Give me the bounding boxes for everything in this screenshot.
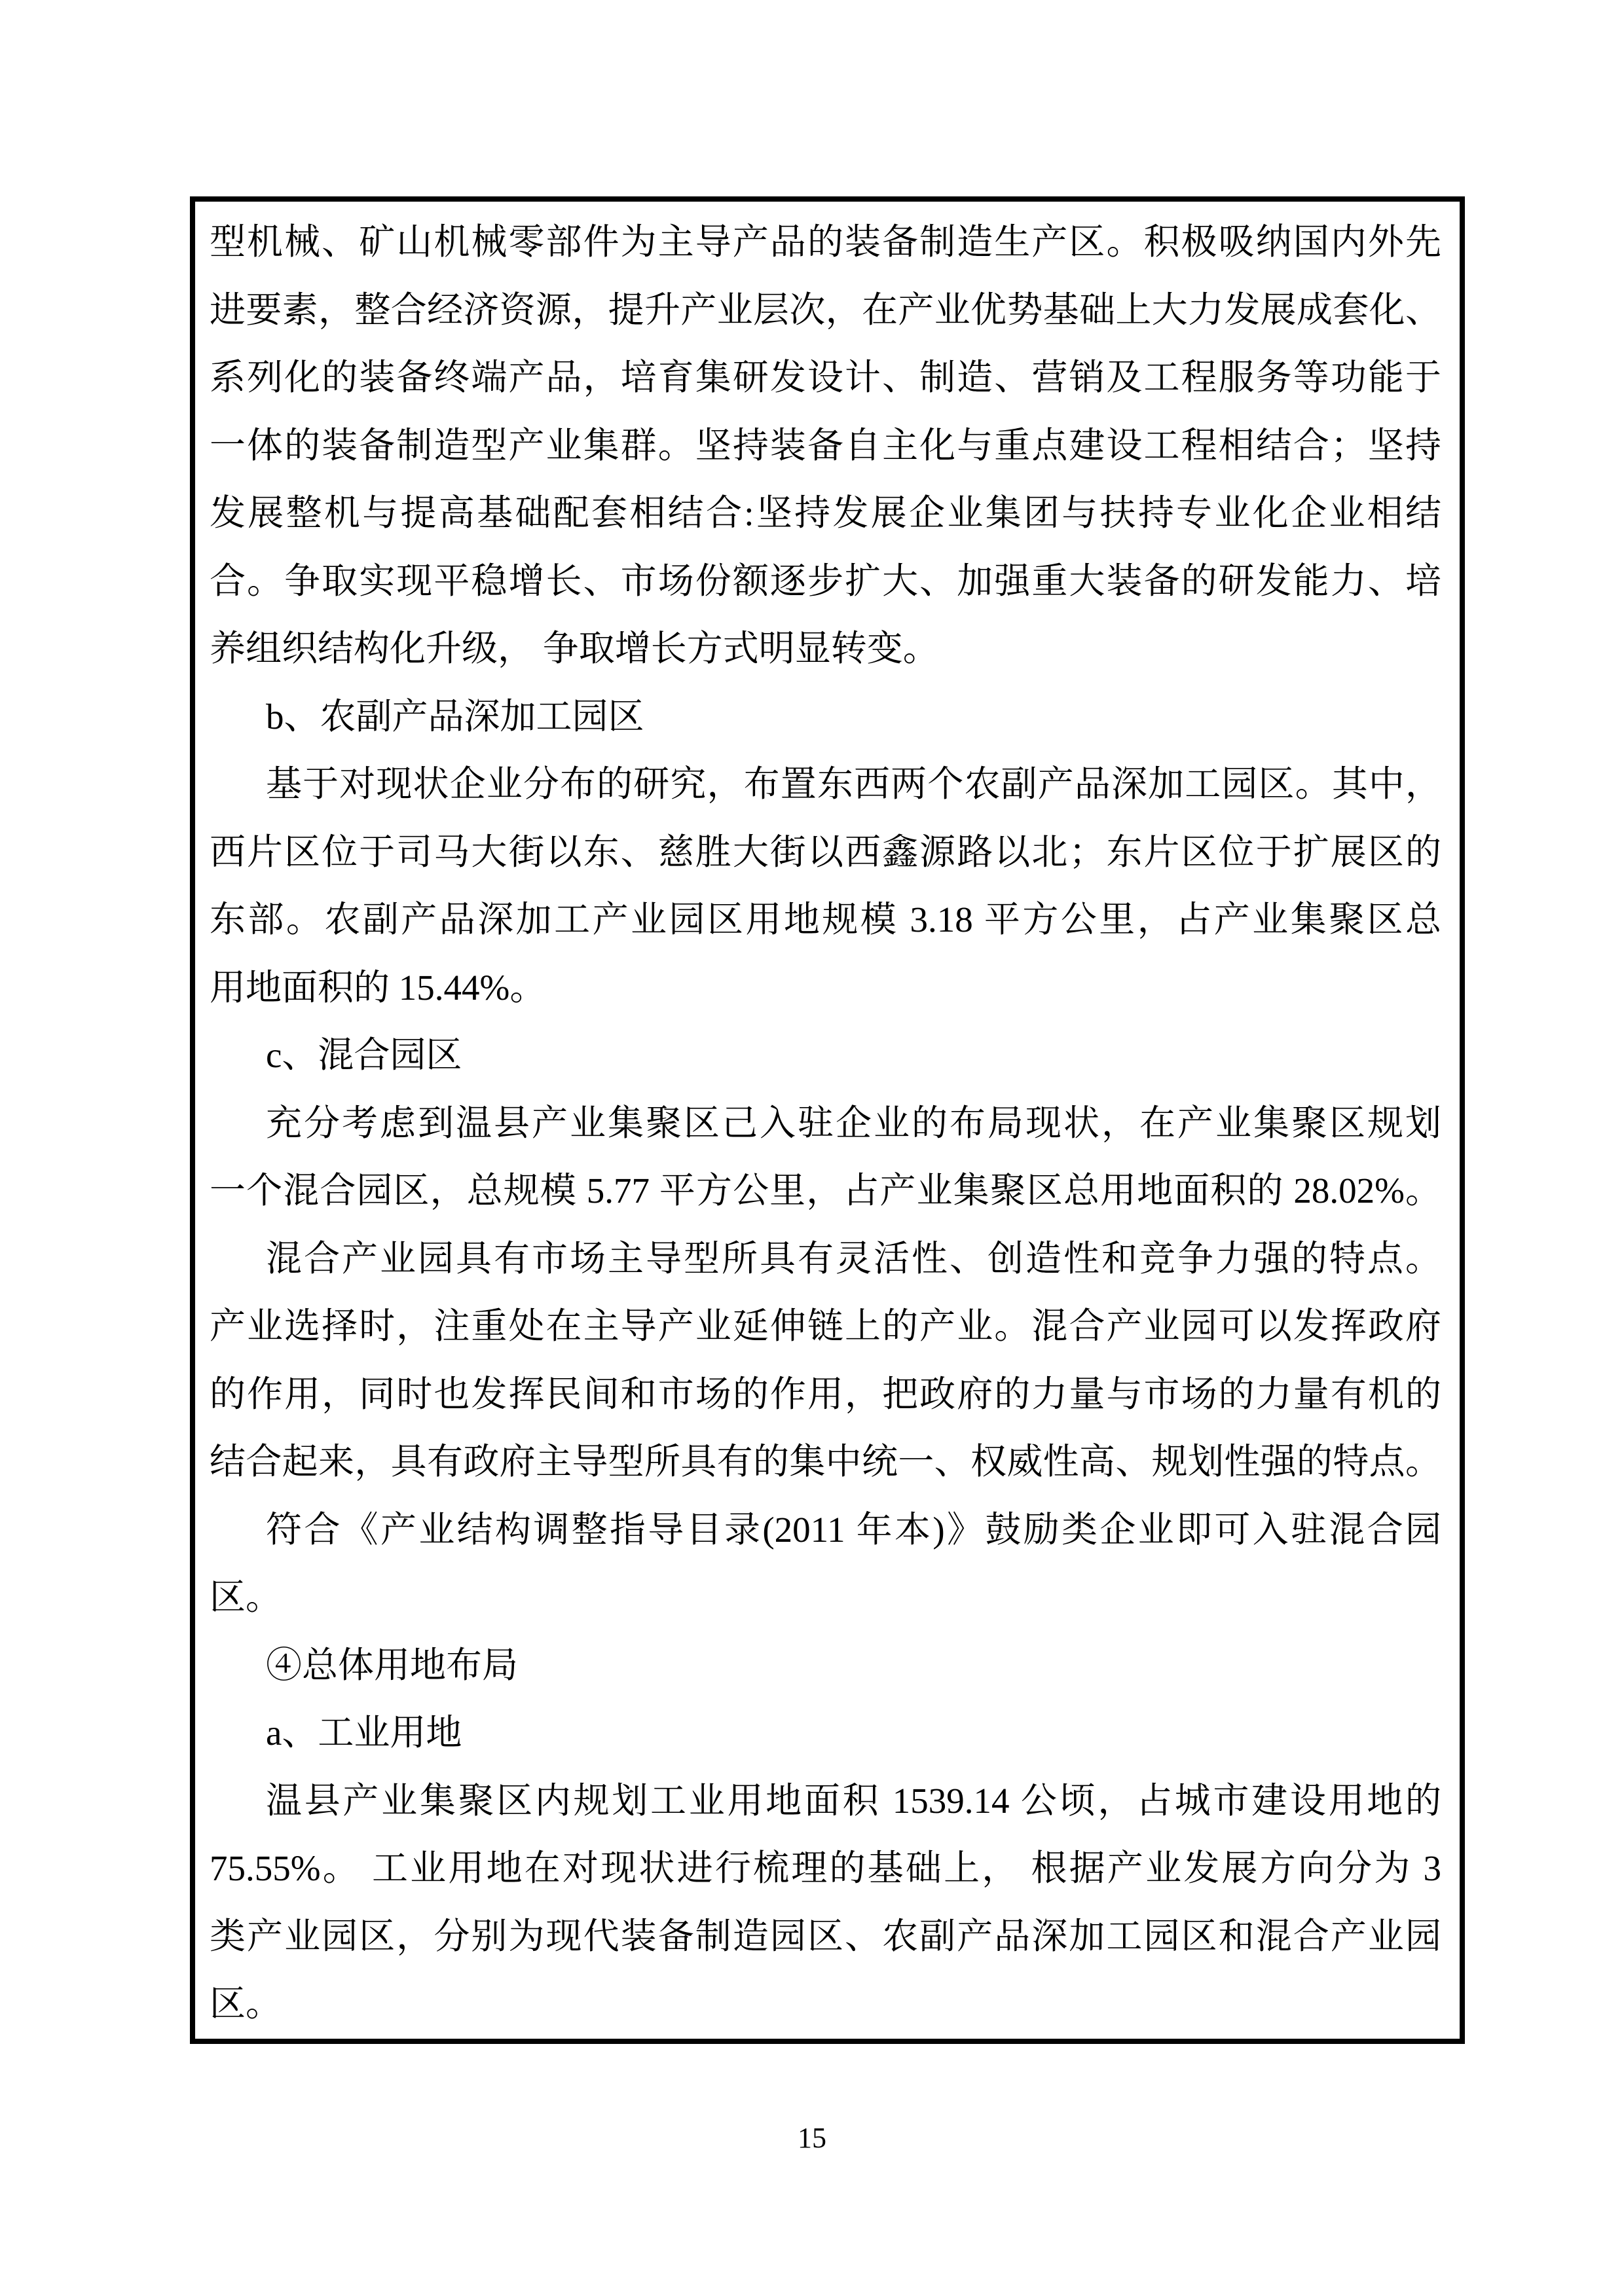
document-page: 型机械、矿山机械零部件为主导产品的装备制造生产区。积极吸纳国内外先 进要素，整合… [0,0,1624,2296]
text-line: 用地面积的 15.44%。 [210,954,1441,1022]
text-line: 养组织结构化升级， 争取增长方式明显转变。 [210,615,1441,683]
text-line: 温县产业集聚区内规划工业用地面积 1539.14 公顷，占城市建设用地的 [210,1767,1441,1835]
text-line: 一体的装备制造型产业集群。坚持装备自主化与重点建设工程相结合；坚持 [210,412,1441,480]
text-line: 发展整机与提高基础配套相结合:坚持发展企业集团与扶持专业化企业相结 [210,479,1441,547]
text-line: 型机械、矿山机械零部件为主导产品的装备制造生产区。积极吸纳国内外先 [210,208,1441,276]
section-heading: a、工业用地 [210,1699,1441,1767]
text-line: 类产业园区，分别为现代装备制造园区、农副产品深加工园区和混合产业园 [210,1903,1441,1971]
text-line: 西片区位于司马大街以东、慈胜大街以西鑫源路以北；东片区位于扩展区的 [210,818,1441,886]
table-cell: 型机械、矿山机械零部件为主导产品的装备制造生产区。积极吸纳国内外先 进要素，整合… [190,196,1465,2044]
text-line: 混合产业园具有市场主导型所具有灵活性、创造性和竞争力强的特点。 [210,1225,1441,1293]
text-line: 充分考虑到温县产业集聚区己入驻企业的布局现状，在产业集聚区规划 [210,1089,1441,1157]
text-line: 产业选择时，注重处在主导产业延伸链上的产业。混合产业园可以发挥政府 [210,1292,1441,1360]
text-line: 结合起来，具有政府主导型所具有的集中统一、权威性高、规划性强的特点。 [210,1428,1441,1496]
text-line: 合。争取实现平稳增长、市场份额逐步扩大、加强重大装备的研发能力、培 [210,547,1441,615]
text-line: 一个混合园区，总规模 5.77 平方公里，占产业集聚区总用地面积的 28.02%… [210,1157,1441,1225]
section-heading: ④总体用地布局 [210,1631,1441,1700]
text-line: 进要素，整合经济资源，提升产业层次，在产业优势基础上大力发展成套化、 [210,276,1441,344]
text-line: 基于对现状企业分布的研究，布置东西两个农副产品深加工园区。其中， [210,750,1441,818]
text-line: 东部。农副产品深加工产业园区用地规模 3.18 平方公里，占产业集聚区总 [210,886,1441,954]
text-line: 区。 [210,1970,1441,2038]
section-heading: c、混合园区 [210,1021,1441,1089]
text-line: 符合《产业结构调整指导目录(2011 年本)》鼓励类企业即可入驻混合园 [210,1496,1441,1564]
text-line: 系列化的装备终端产品，培育集研发设计、制造、营销及工程服务等功能于 [210,344,1441,412]
text-line: 的作用，同时也发挥民间和市场的作用，把政府的力量与市场的力量有机的 [210,1360,1441,1429]
text-line: 区。 [210,1563,1441,1631]
page-number: 15 [0,2120,1624,2157]
text-line: 75.55%。 工业用地在对现状进行梳理的基础上， 根据产业发展方向分为 3 [210,1834,1441,1903]
section-heading: b、农副产品深加工园区 [210,683,1441,751]
